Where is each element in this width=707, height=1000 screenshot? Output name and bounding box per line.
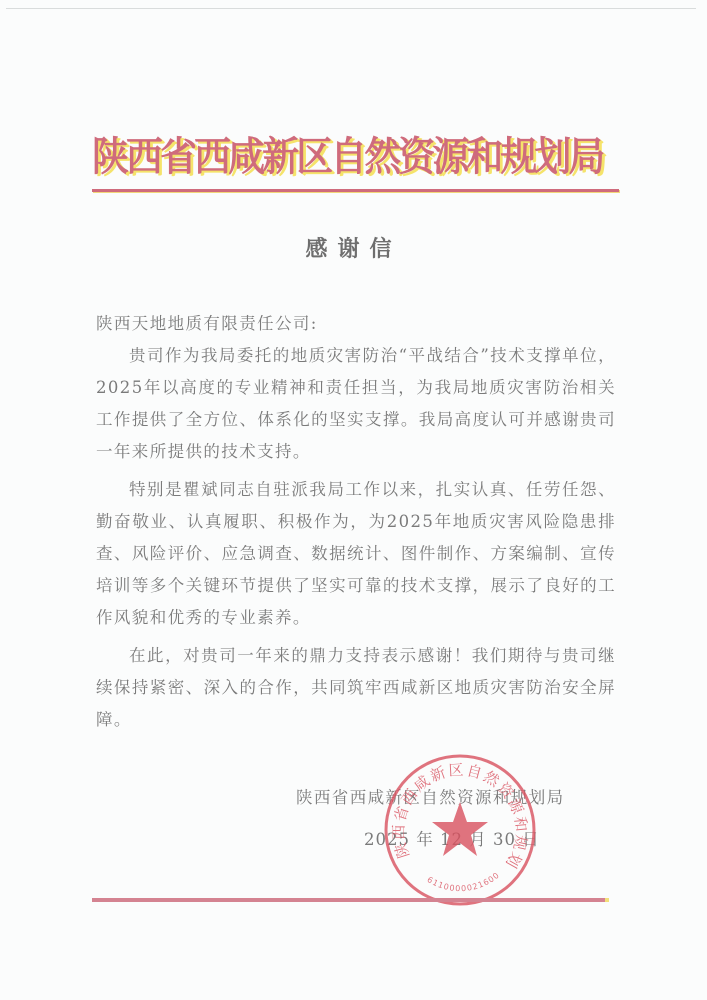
paragraph-1: 贵司作为我局委托的地质灾害防治“平战结合”技术支撑单位，2025年以高度的专业精… [96,340,616,468]
paragraph-3: 在此，对贵司一年来的鼎力支持表示感谢！我们期待与贵司继续保持紧密、深入的合作，共… [96,640,616,736]
letter-title: 感谢信 [0,232,707,263]
seal-ring-text: 陕西省西咸新区自然资源和规划局 [382,752,530,873]
page-top-edge [6,8,696,9]
svg-text:6110000021600: 6110000021600 [426,870,502,893]
letterhead-org-name: 陕西省西咸新区自然资源和规划局 [92,130,580,184]
footer-divider [92,898,607,902]
salutation: 陕西天地地质有限责任公司: [96,308,616,340]
seal-code: 6110000021600 [426,870,502,893]
footer-divider-end [605,898,609,902]
official-seal-icon: 陕西省西咸新区自然资源和规划局 6110000021600 [382,752,538,908]
paragraph-2: 特别是瞿斌同志自驻派我局工作以来，扎实认真、任劳任怨、勤奋敬业、认真履职、积极作… [96,474,616,634]
letterhead-divider [92,189,619,192]
svg-text:陕西省西咸新区自然资源和规划局: 陕西省西咸新区自然资源和规划局 [382,752,530,873]
